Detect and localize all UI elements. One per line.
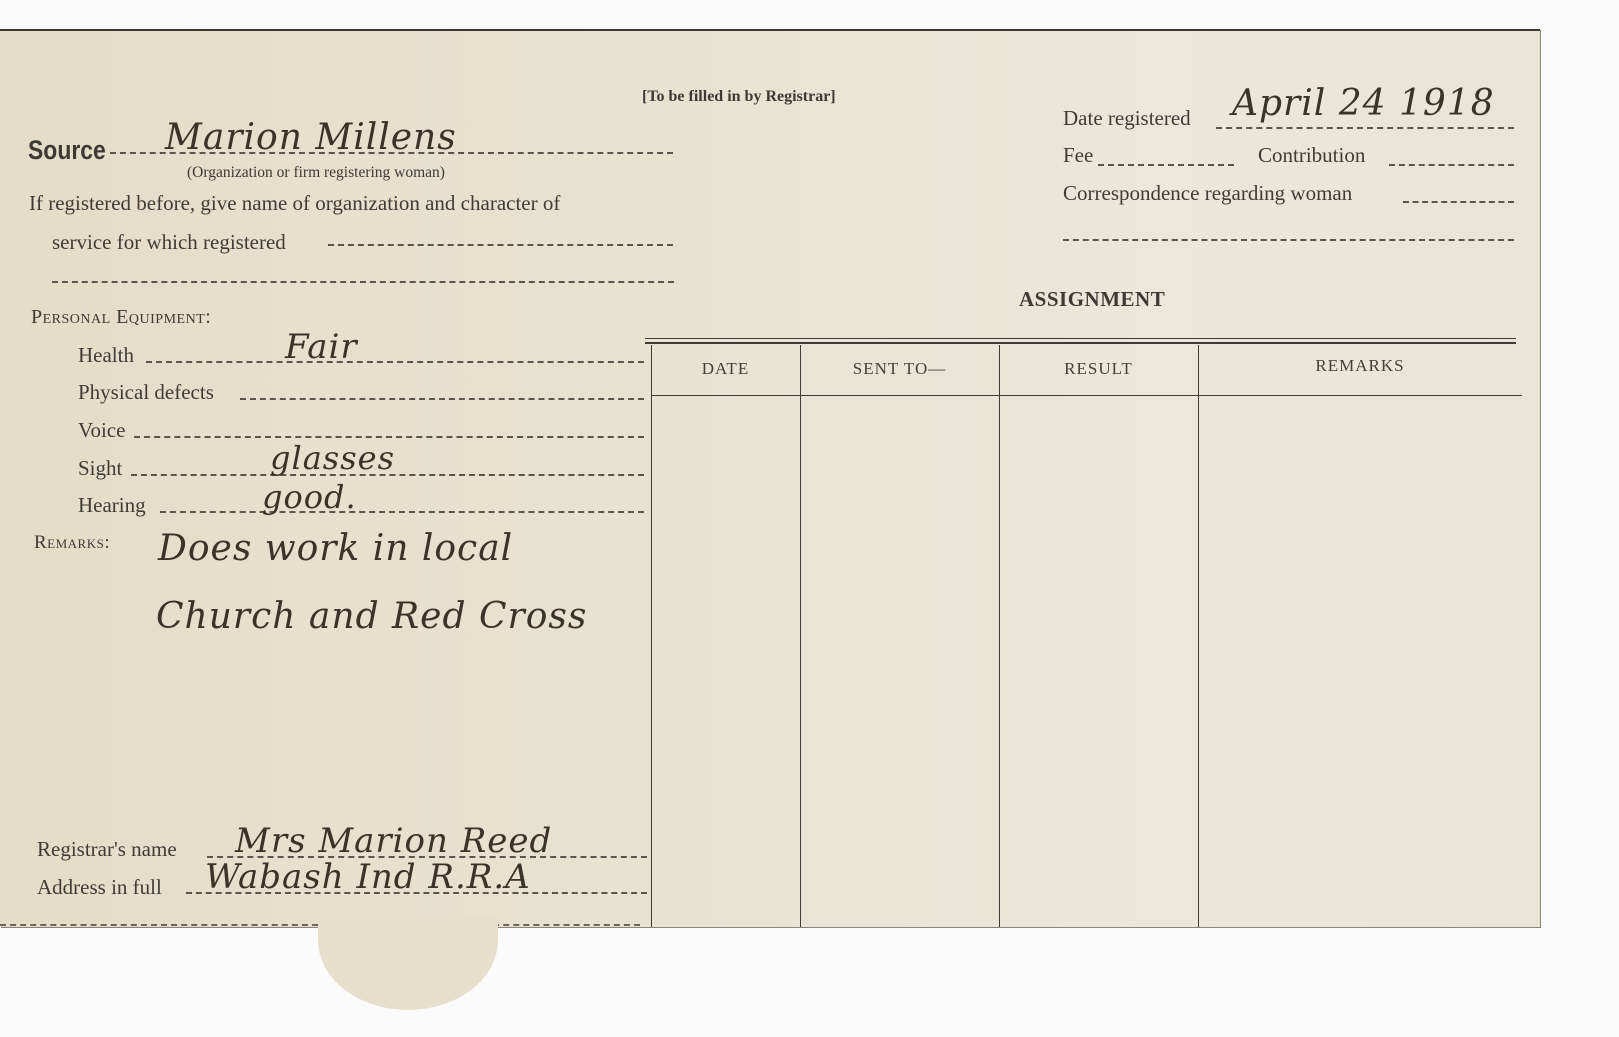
hearing-value[interactable]: good. [262, 478, 357, 516]
hearing-line [160, 511, 644, 513]
source-label: Source [28, 135, 106, 166]
source-value[interactable]: Marion Millens [165, 117, 457, 158]
table-col-line-2 [800, 345, 801, 927]
remarks-label: Remarks: [34, 532, 110, 554]
table-col-line-1 [651, 345, 652, 927]
date-registered-label: Date registered [1063, 106, 1191, 131]
registrar-name-value[interactable]: Mrs Marion Reed [235, 821, 552, 861]
assignment-remarks-cell[interactable] [1200, 397, 1520, 925]
registration-card: [To be filled in by Registrar] Source Ma… [0, 29, 1540, 927]
contribution-label: Contribution [1258, 143, 1365, 168]
health-value[interactable]: Fair [285, 327, 358, 367]
date-registered-value[interactable]: April 24 1918 [1232, 83, 1495, 124]
registered-before-line-2[interactable] [52, 281, 674, 283]
remarks-line-1[interactable]: Does work in local [158, 528, 513, 569]
assignment-date-cell[interactable] [653, 397, 800, 925]
personal-equipment-heading: Personal Equipment: [31, 306, 211, 329]
date-registered-line [1216, 127, 1514, 129]
address-label: Address in full [37, 875, 162, 900]
hearing-label: Hearing [78, 493, 146, 518]
registrar-name-label: Registrar's name [37, 837, 177, 862]
correspondence-line[interactable] [1403, 201, 1514, 203]
table-rule-top-2 [645, 342, 1516, 344]
physical-defects-line[interactable] [240, 398, 644, 400]
address-value[interactable]: Wabash Ind R.R.A [205, 857, 531, 897]
health-label: Health [78, 343, 134, 368]
health-line [146, 361, 644, 363]
card-index-tab [318, 918, 498, 1010]
correspondence-line-2[interactable] [1063, 239, 1514, 241]
assignment-result-cell[interactable] [1001, 397, 1197, 925]
correspondence-label: Correspondence regarding woman [1063, 181, 1352, 206]
physical-defects-label: Physical defects [78, 380, 214, 405]
col-header-date: DATE [651, 359, 800, 379]
remarks-line-2[interactable]: Church and Red Cross [156, 596, 587, 637]
col-header-result: RESULT [999, 359, 1198, 379]
voice-line[interactable] [134, 436, 644, 438]
registered-before-line[interactable] [328, 244, 673, 246]
contribution-line[interactable] [1389, 164, 1514, 166]
table-col-line-4 [1198, 345, 1199, 927]
assignment-sent-to-cell[interactable] [802, 397, 998, 925]
table-col-line-3 [999, 345, 1000, 927]
sight-label: Sight [78, 456, 122, 481]
registered-before-label: If registered before, give name of organ… [29, 191, 560, 216]
table-rule-top [645, 338, 1516, 339]
voice-label: Voice [78, 418, 125, 443]
assignment-title: ASSIGNMENT [1019, 287, 1165, 312]
sight-value[interactable]: glasses [270, 439, 395, 477]
col-header-sent-to: SENT TO— [800, 359, 999, 379]
col-header-remarks: REMARKS [1198, 356, 1522, 376]
fee-label: Fee [1063, 143, 1093, 168]
registered-before-label-2: service for which registered [52, 230, 286, 255]
source-caption: (Organization or firm registering woman) [187, 164, 445, 182]
fee-line[interactable] [1098, 164, 1234, 166]
table-header-rule [651, 395, 1522, 396]
registrar-note: [To be filled in by Registrar] [642, 88, 836, 106]
